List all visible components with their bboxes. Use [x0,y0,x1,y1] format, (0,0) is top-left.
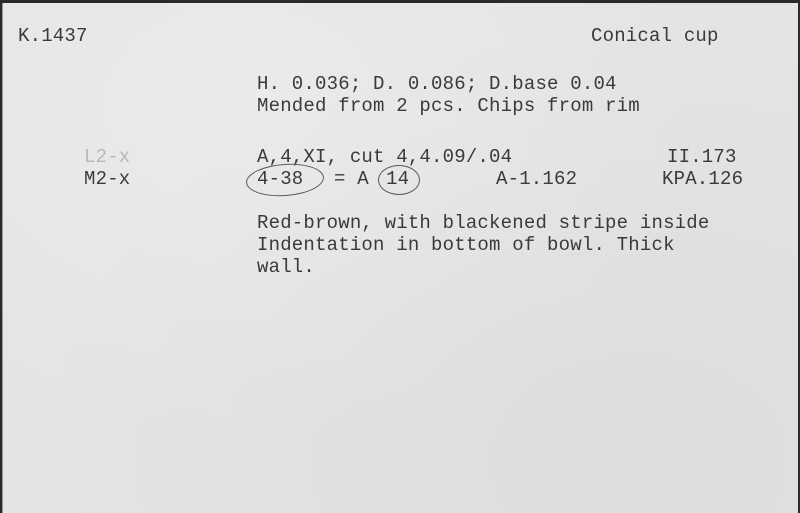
equals-label: = A [334,168,369,190]
field-ref: A-1.162 [496,168,577,190]
dimensions: H. 0.036; D. 0.086; D.base 0.04 [257,73,617,95]
catalog-number: K.1437 [18,25,88,47]
condition: Mended from 2 pcs. Chips from rim [257,95,640,117]
kpa-ref: KPA.126 [662,168,743,190]
description-line: wall. [257,256,315,278]
circled-number: 4-38 [257,168,303,190]
context-line: A,4,XI, cut 4,4.09/.04 [257,146,512,168]
description-line: Red-brown, with blackened stripe inside [257,212,709,234]
description-line: Indentation in bottom of bowl. Thick [257,234,675,256]
old-location: L2-x [84,146,130,168]
catalog-card: K.1437 Conical cup H. 0.036; D. 0.086; D… [2,3,798,513]
location: M2-x [84,168,130,190]
object-type: Conical cup [591,25,719,47]
ref-volume: II.173 [667,146,737,168]
circled-a-number: 14 [386,168,409,190]
